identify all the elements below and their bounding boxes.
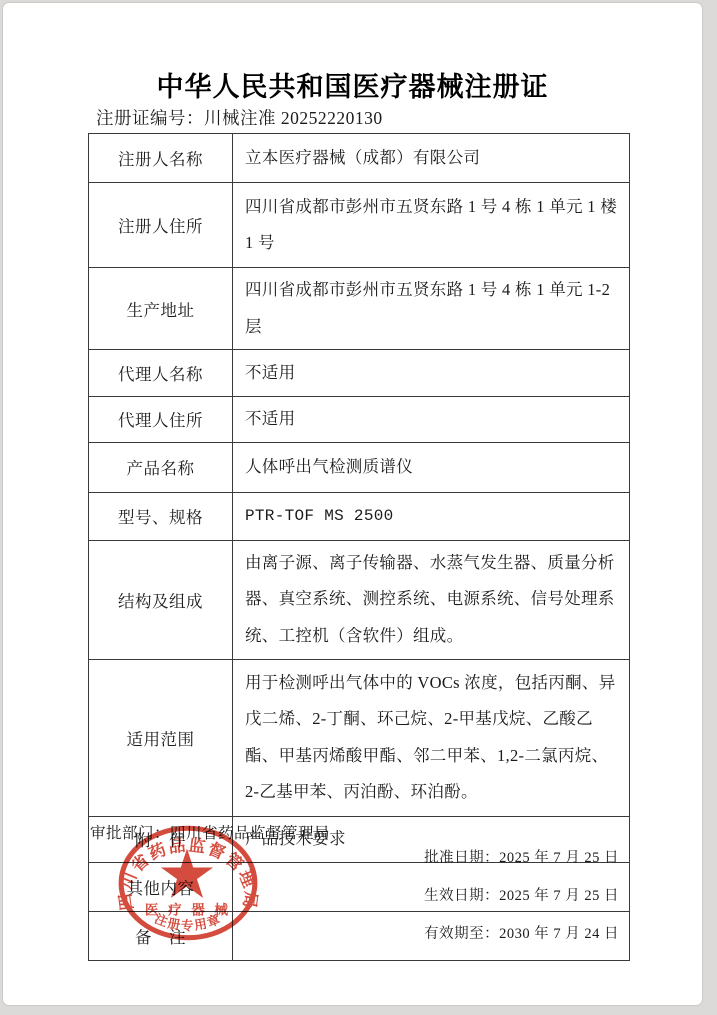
table-row: 注册人住所 四川省成都市彭州市五贤东路 1 号 4 栋 1 单元 1 楼 1 号 [89,183,630,268]
expiry-date-label: 有效期至： [424,926,499,942]
cert-number-line: 注册证编号：川械注准 20252220130 [96,105,383,130]
row-value: 不适用 [233,397,630,443]
approval-value: 四川省药品监督管理局 [170,825,330,842]
row-value: PTR-TOF MS 2500 [233,492,630,540]
approval-date-line: 批准日期：2025 年 7 月 25 日 [424,846,619,867]
table-row: 代理人名称 不适用 [89,350,630,397]
table-row: 代理人住所 不适用 [89,397,630,443]
row-label: 适用范围 [89,659,233,816]
approval-department-line: 审批部门：四川省药品监督管理局 [90,821,330,843]
table-row: 适用范围 用于检测呼出气体中的 VOCs 浓度，包括丙酮、异戊二烯、2-丁酮、环… [89,659,630,816]
table-row: 生产地址 四川省成都市彭州市五贤东路 1 号 4 栋 1 单元 1-2 层 [89,268,630,350]
row-label: 代理人住所 [89,397,233,443]
row-value: 不适用 [233,350,630,397]
row-label: 代理人名称 [89,350,233,397]
row-label: 产品名称 [89,442,233,492]
row-value: 人体呼出气检测质谱仪 [233,442,630,492]
effective-date-value: 2025 年 7 月 25 日 [499,888,619,904]
certificate-page: 中华人民共和国医疗器械注册证 注册证编号：川械注准 20252220130 注册… [2,2,703,1006]
table-row: 型号、规格 PTR-TOF MS 2500 [89,492,630,540]
row-label: 注册人名称 [89,134,233,183]
row-value: 四川省成都市彭州市五贤东路 1 号 4 栋 1 单元 1 楼 1 号 [233,183,630,268]
row-value: 立本医疗器械（成都）有限公司 [233,134,630,183]
row-label: 型号、规格 [89,492,233,540]
expiry-date-line: 有效期至：2030 年 7 月 24 日 [424,922,619,943]
date-block: 批准日期：2025 年 7 月 25 日 生效日期：2025 年 7 月 25 … [424,846,619,960]
approval-label: 审批部门： [90,825,170,842]
row-value: 由离子源、离子传输器、水蒸气发生器、质量分析器、真空系统、测控系统、电源系统、信… [233,540,630,659]
approval-date-label: 批准日期： [424,850,499,866]
row-label: 备 注 [89,911,233,960]
table-row: 注册人名称 立本医疗器械（成都）有限公司 [89,134,630,183]
expiry-date-value: 2030 年 7 月 24 日 [499,926,619,942]
approval-date-value: 2025 年 7 月 25 日 [499,850,619,866]
row-value: 用于检测呼出气体中的 VOCs 浓度，包括丙酮、异戊二烯、2-丁酮、环己烷、2-… [233,659,630,816]
row-label: 生产地址 [89,268,233,350]
effective-date-label: 生效日期： [424,888,499,904]
effective-date-line: 生效日期：2025 年 7 月 25 日 [424,884,619,905]
table-row: 产品名称 人体呼出气检测质谱仪 [89,442,630,492]
table-row: 结构及组成 由离子源、离子传输器、水蒸气发生器、质量分析器、真空系统、测控系统、… [89,540,630,659]
row-value: 四川省成都市彭州市五贤东路 1 号 4 栋 1 单元 1-2 层 [233,268,630,350]
row-label: 其他内容 [89,862,233,911]
page-title: 中华人民共和国医疗器械注册证 [3,65,702,104]
cert-number-label: 注册证编号： [96,108,204,128]
row-label: 注册人住所 [89,183,233,268]
cert-number-value: 川械注准 20252220130 [204,108,383,128]
row-label: 结构及组成 [89,540,233,659]
